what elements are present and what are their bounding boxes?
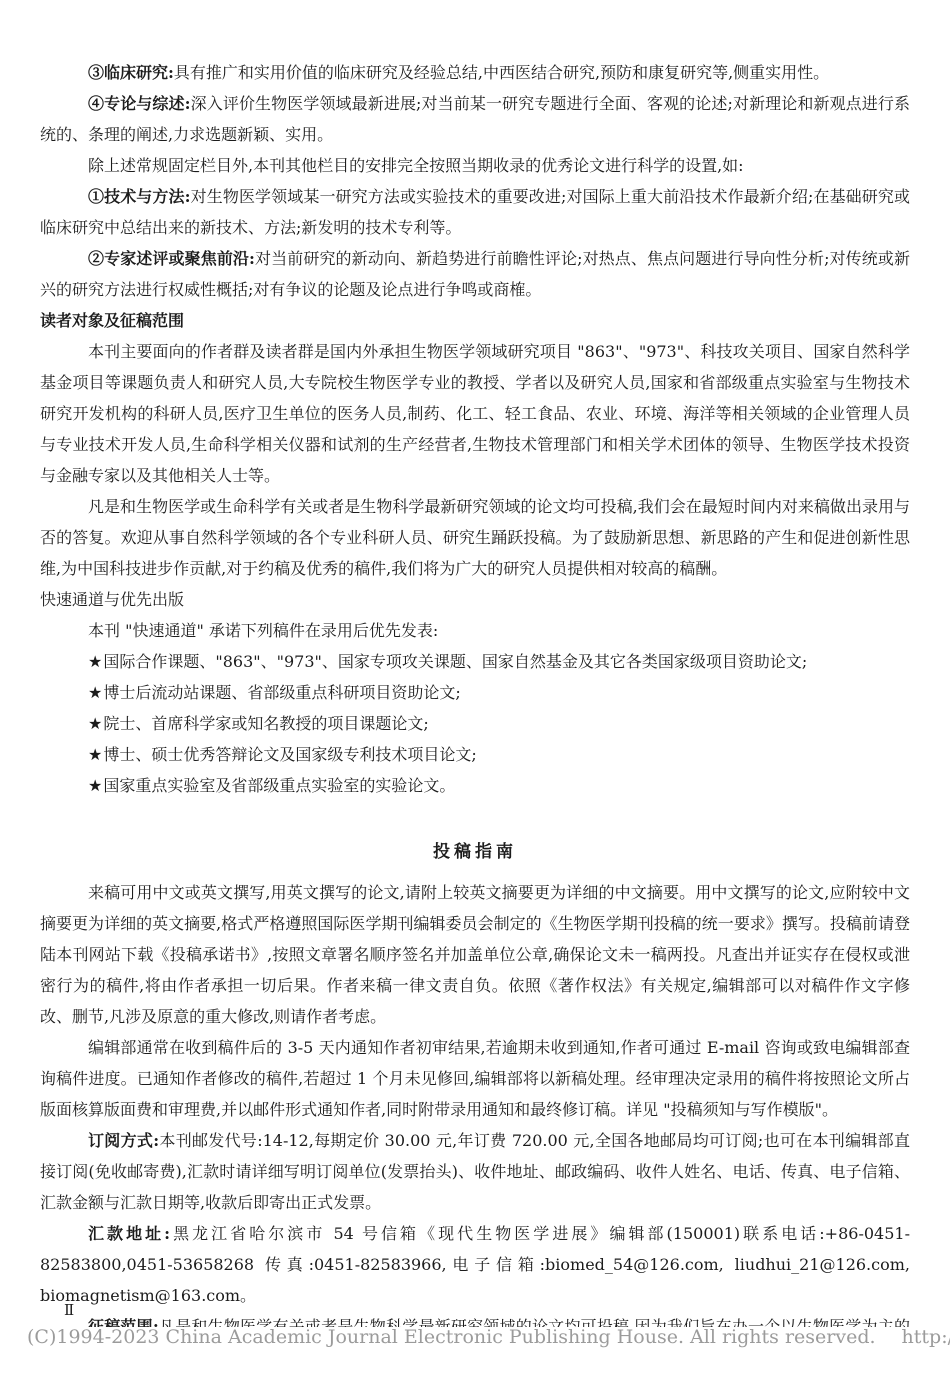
- column-item-lead: ①技术与方法:: [88, 187, 191, 206]
- priority-item-text: 国家重点实验室及省部级重点实验室的实验论文。: [103, 776, 455, 795]
- column-item-lead: ④专论与综述:: [88, 94, 191, 113]
- guide-paragraph: 编辑部通常在收到稿件后的 3-5 天内通知作者初审结果,若逾期未收到通知,作者可…: [40, 1032, 910, 1125]
- priority-list: ★国际合作课题、"863"、"973"、国家专项攻关课题、国家自然基金及其它各类…: [40, 646, 910, 801]
- column-item-text: 具有推广和实用价值的临床研究及经验总结,中西医结合研究,预防和康复研究等,侧重实…: [174, 63, 829, 82]
- page-number: Ⅱ: [64, 1300, 74, 1320]
- star-icon: ★: [88, 652, 102, 671]
- section-heading-readers: 读者对象及征稿范围: [40, 305, 910, 336]
- section-heading-fast-track: 快速通道与优先出版: [40, 584, 910, 615]
- footer-url: http://www.cnki.net: [902, 1326, 950, 1348]
- footer-copyright: (C)1994-2023 China Academic Journal Elec…: [27, 1326, 876, 1348]
- star-icon: ★: [88, 714, 102, 733]
- column-item-technique: ①技术与方法:对生物医学领域某一研究方法或实验技术的重要改进;对国际上重大前沿技…: [40, 181, 910, 243]
- star-icon: ★: [88, 776, 102, 795]
- columns-note-text: 除上述常规固定栏目外,本刊其他栏目的安排完全按照当期收录的优秀论文进行科学的设置…: [88, 156, 744, 175]
- columns-note: 除上述常规固定栏目外,本刊其他栏目的安排完全按照当期收录的优秀论文进行科学的设置…: [40, 150, 910, 181]
- priority-item-text: 院士、首席科学家或知名教授的项目课题论文;: [103, 714, 428, 733]
- subscription-text: 本刊邮发代号:14-12,每期定价 30.00 元,年订费 720.00 元,全…: [40, 1131, 910, 1212]
- column-item-expert-commentary: ②专家述评或聚焦前沿:对当前研究的新动向、新趋势进行前瞻性评论;对热点、焦点问题…: [40, 243, 910, 305]
- remittance-address-text: 黑龙江省哈尔滨市 54 号信箱《现代生物医学进展》编辑部(150001)联系电话…: [40, 1224, 910, 1305]
- priority-list-item: ★博士后流动站课题、省部级重点科研项目资助论文;: [40, 677, 910, 708]
- column-item-review: ④专论与综述:深入评价生物医学领域最新进展;对当前某一研究专题进行全面、客观的论…: [40, 88, 910, 150]
- column-item-lead: ③临床研究:: [88, 63, 174, 82]
- readers-paragraph: 本刊主要面向的作者群及读者群是国内外承担生物医学领域研究项目 "863"、"97…: [40, 336, 910, 491]
- priority-item-text: 博士后流动站课题、省部级重点科研项目资助论文;: [103, 683, 460, 702]
- readers-paragraph: 凡是和生物医学或生命科学有关或者是生物科学最新研究领域的论文均可投稿,我们会在最…: [40, 491, 910, 584]
- column-item-lead: ②专家述评或聚焦前沿:: [88, 249, 255, 268]
- guide-title: 投稿指南: [40, 837, 910, 868]
- priority-list-item: ★国家重点实验室及省部级重点实验室的实验论文。: [40, 770, 910, 801]
- column-item-clinical: ③临床研究:具有推广和实用价值的临床研究及经验总结,中西医结合研究,预防和康复研…: [40, 57, 910, 88]
- page-content: ③临床研究:具有推广和实用价值的临床研究及经验总结,中西医结合研究,预防和康复研…: [40, 57, 910, 1327]
- subscription-paragraph: 订阅方式:本刊邮发代号:14-12,每期定价 30.00 元,年订费 720.0…: [40, 1125, 910, 1218]
- priority-list-item: ★院士、首席科学家或知名教授的项目课题论文;: [40, 708, 910, 739]
- remittance-address-paragraph: 汇款地址:黑龙江省哈尔滨市 54 号信箱《现代生物医学进展》编辑部(150001…: [40, 1218, 910, 1311]
- priority-list-item: ★博士、硕士优秀答辩论文及国家级专利技术项目论文;: [40, 739, 910, 770]
- star-icon: ★: [88, 683, 102, 702]
- remittance-address-lead: 汇款地址:: [88, 1224, 170, 1243]
- subscription-lead: 订阅方式:: [88, 1131, 159, 1150]
- priority-list-item: ★国际合作课题、"863"、"973"、国家专项攻关课题、国家自然基金及其它各类…: [40, 646, 910, 677]
- priority-item-text: 博士、硕士优秀答辩论文及国家级专利技术项目论文;: [103, 745, 476, 764]
- star-icon: ★: [88, 745, 102, 764]
- guide-paragraph: 来稿可用中文或英文撰写,用英文撰写的论文,请附上较英文摘要更为详细的中文摘要。用…: [40, 877, 910, 1032]
- journal-page: { "colors": { "background": "#ffffff", "…: [0, 0, 950, 1375]
- footer: (C)1994-2023 China Academic Journal Elec…: [27, 1325, 950, 1349]
- fast-track-intro: 本刊 "快速通道" 承诺下列稿件在录用后优先发表:: [40, 615, 910, 646]
- priority-item-text: 国际合作课题、"863"、"973"、国家专项攻关课题、国家自然基金及其它各类国…: [103, 652, 807, 671]
